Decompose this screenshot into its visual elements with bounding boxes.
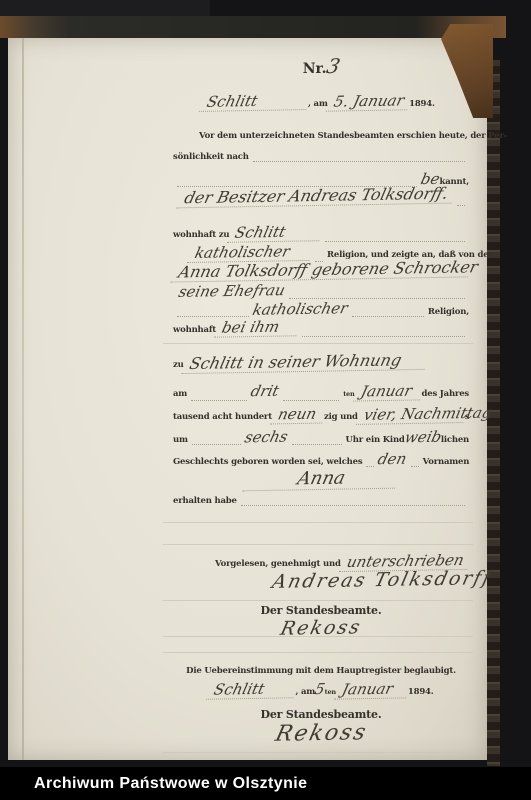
record-number-value: 3 (324, 56, 341, 76)
birth-den-value: den (377, 452, 409, 467)
registrar-title-line-2: Der Standesbeamte. (173, 708, 469, 721)
residence-label: wohnhaft zu (173, 230, 229, 240)
intro-text-1: Vor dem unterzeichneten Standesbeamten e… (199, 131, 507, 141)
birth-day-value: drit (250, 384, 281, 399)
mother-name-line: Anna Tolksdorff geborene Schrocker (173, 262, 469, 280)
blank-line (177, 314, 249, 317)
registrar-title-1: Der Standesbeamte. (261, 604, 382, 617)
blank-line (292, 442, 342, 445)
blank-line (366, 464, 374, 467)
book-cover-top-edge (0, 16, 506, 38)
dateline-place: Schlitt (199, 93, 310, 112)
registrar-title-2: Der Standesbeamte. (261, 708, 382, 721)
intro-text-2: sönlichkeit nach (173, 152, 249, 162)
birth-tausend-label: tausend acht hundert (173, 412, 272, 422)
blank-line (283, 398, 339, 401)
blank-line (192, 442, 242, 445)
declarant-line: der Besitzer Andreas Tolksdorff. (173, 188, 469, 206)
birth-year-line: tausend acht hundert neun zig und vier, … (173, 407, 469, 424)
birth-vornamen-label: Vornamen (423, 457, 470, 467)
archival-scan: 4 A. Nr. 3 Schlitt , am 5. Januar 1894. … (0, 0, 531, 800)
blank-line (253, 159, 465, 162)
birth-place-line: zu Schlitt in seiner Wohnung (173, 354, 469, 372)
birth-jahres-label: des Jahres (422, 389, 469, 399)
birth-hour-line: um sechs Uhr ein Kind weib lichen (173, 430, 469, 445)
child-name: Anna (242, 469, 399, 492)
ruled-line (163, 636, 473, 637)
certification-place: Schlitt (206, 681, 297, 700)
birth-date-line: am drit ten Januar des Jahres (173, 384, 469, 401)
dateline-am-label: , am (308, 99, 328, 109)
birth-uhr-label: Uhr ein Kind (346, 435, 405, 445)
blank-line (352, 314, 424, 317)
registrar-title-line-1: Der Standesbeamte. (173, 604, 469, 617)
ruled-line (163, 343, 473, 344)
archive-name: Archiwum Państwowe w Olsztynie (34, 775, 307, 792)
blank-line (191, 398, 247, 401)
mother-residence-line: wohnhaft bei ihm (173, 320, 469, 337)
declarant-name: der Besitzer Andreas Tolksdorff. (176, 186, 455, 209)
blank-line (241, 503, 465, 506)
record-number-label: Nr. (303, 61, 327, 77)
certification-text: Die Uebereinstimmung mit dem Hauptregist… (186, 666, 456, 676)
blank-line (457, 203, 465, 206)
dateline: Schlitt , am 5. Januar 1894. (173, 94, 469, 111)
registrar-signature-2: Rekoss (273, 722, 369, 746)
birth-lichen-label: lichen (441, 435, 469, 445)
erhalten-line: erhalten habe (173, 496, 469, 506)
blank-line (325, 239, 465, 242)
certificate-page: 4 A. Nr. 3 Schlitt , am 5. Januar 1894. … (8, 38, 487, 760)
religion-line-2: katholischer Religion, (173, 302, 469, 317)
mother-name: Anna Tolksdorff geborene Schrocker (170, 259, 471, 282)
ruled-line (163, 652, 473, 653)
certification-month: Januar (334, 681, 410, 699)
ruled-line (163, 544, 473, 545)
archive-caption-bar: Archiwum Państwowe w Olsztynie (0, 767, 531, 800)
mother-relation-line: seine Ehefrau (173, 284, 469, 299)
registrar-signature-line-2: Rekoss (173, 723, 469, 745)
mother-residence-label: wohnhaft (173, 325, 216, 335)
ruled-line (163, 752, 473, 753)
birth-decade-value: neun (270, 407, 326, 425)
birth-gender-value: weib (403, 430, 443, 446)
birth-rest-value: vier, Nachmittag (356, 406, 467, 425)
blank-line (302, 334, 465, 337)
birth-month-value: Januar (352, 383, 423, 401)
birth-geschlechts-label: Geschlechts geboren worden sei, welches (173, 457, 362, 467)
declarant-signature: Andreas Tolksdorff (270, 569, 494, 592)
religion-value-2: katholischer (251, 301, 349, 318)
intro-line-2: sönlichkeit nach (173, 152, 469, 162)
vorgelesen-label: Vorgelesen, genehmigt und (215, 559, 341, 569)
birth-um-label: um (173, 435, 188, 445)
birth-zig-label: zig und (324, 412, 358, 422)
erhalten-label: erhalten habe (173, 496, 237, 506)
religion-label-2: Religion, (428, 307, 469, 317)
residence-line: wohnhaft zu Schlitt (173, 225, 469, 242)
child-name-line: Anna (173, 470, 469, 490)
blank-line (411, 464, 419, 467)
birth-hour-value: sechs (244, 430, 290, 446)
record-number-line: Nr. 3 (173, 56, 469, 77)
certification-am-label: , am (295, 687, 315, 697)
mother-residence-value: bei ihm (214, 319, 300, 337)
birth-am-label: am (173, 389, 187, 399)
page-fold-line (22, 38, 24, 760)
birth-place-value: Schlitt in seiner Wohnung (181, 352, 428, 374)
certification-year: 1894. (408, 687, 434, 697)
declarant-signature-line: Andreas Tolksdorff (173, 571, 469, 590)
intro-line-1: Vor dem unterzeichneten Standesbeamten e… (173, 131, 469, 141)
certification-line: Die Uebereinstimmung mit dem Hauptregist… (173, 666, 469, 676)
dateline-date: 5. Januar (325, 93, 411, 111)
dateline-year: 1894. (409, 99, 435, 109)
form-content: 4 A. Nr. 3 Schlitt , am 5. Januar 1894. … (173, 38, 469, 760)
ruled-line (163, 600, 473, 601)
birth-gender-line: Geschlechts geboren worden sei, welches … (173, 452, 469, 467)
ruled-line (163, 522, 473, 523)
residence-value: Schlitt (227, 224, 323, 243)
blank-line (289, 296, 466, 299)
mother-relation: seine Ehefrau (177, 283, 286, 300)
certification-dateline: Schlitt , am 5 ten Januar 1894. (173, 682, 469, 699)
